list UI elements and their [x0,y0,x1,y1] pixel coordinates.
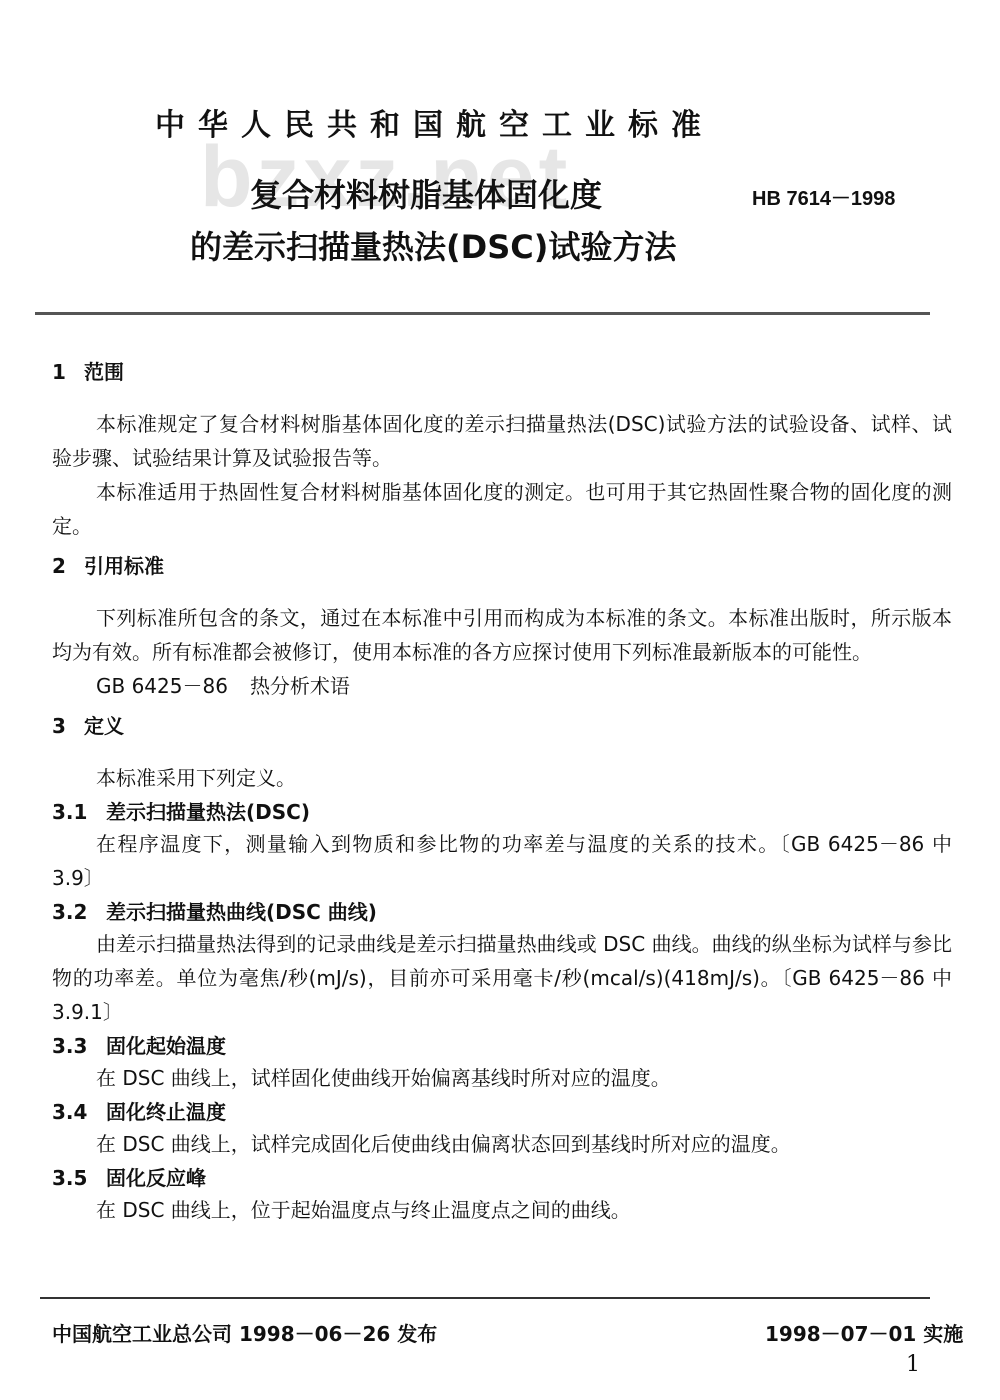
definition-text: 在 DSC 曲线上，位于起始温度点与终止温度点之间的曲线。 [52,1193,952,1227]
section-number: 3 [52,709,84,743]
section-number: 2 [52,549,84,583]
subsection-title: 差示扫描量热曲线(DSC 曲线) [106,900,377,924]
paragraph: 本标准采用下列定义。 [52,761,952,795]
definition-text: 在 DSC 曲线上，试样固化使曲线开始偏离基线时所对应的温度。 [52,1061,952,1095]
definition-text: 在程序温度下，测量输入到物质和参比物的功率差与温度的关系的技术。〔GB 6425… [52,827,952,895]
paragraph: 下列标准所包含的条文，通过在本标准中引用而构成为本标准的条文。本标准出版时，所示… [52,601,952,669]
section-number: 1 [52,355,84,389]
page-number: 1 [906,1352,920,1377]
subsection-number: 3.5 [52,1161,106,1195]
section-heading-scope: 1范围 [52,355,952,389]
subsection-title: 差示扫描量热法(DSC) [106,800,310,824]
subsection-number: 3.3 [52,1029,106,1063]
reference-item: GB 6425－86热分析术语 [52,669,952,703]
section-title: 引用标准 [84,554,164,578]
subsection-heading-3-5: 3.5固化反应峰 [52,1161,952,1193]
subsection-title: 固化起始温度 [106,1034,226,1058]
issue-info: 中国航空工业总公司 1998－06－26 发布 [52,1318,437,1347]
subsection-heading-3-3: 3.3固化起始温度 [52,1029,952,1061]
subsection-number: 3.2 [52,895,106,929]
footer-divider [40,1297,930,1299]
subsection-heading-3-2: 3.2差示扫描量热曲线(DSC 曲线) [52,895,952,927]
section-title: 定义 [84,714,124,738]
section-heading-definitions: 3定义 [52,709,952,743]
effective-date: 1998－07－01 实施 [765,1318,963,1347]
paragraph: 本标准规定了复合材料树脂基体固化度的差示扫描量热法(DSC)试验方法的试验设备、… [52,407,952,475]
subsection-number: 3.4 [52,1095,106,1129]
document-body: 1范围 本标准规定了复合材料树脂基体固化度的差示扫描量热法(DSC)试验方法的试… [52,355,952,1227]
reference-code: GB 6425－86 [96,669,228,703]
definition-text: 在 DSC 曲线上，试样完成固化后使曲线由偏离状态回到基线时所对应的温度。 [52,1127,952,1161]
section-title: 范围 [84,360,124,384]
standard-code: HB 7614－1998 [752,182,895,211]
paragraph: 本标准适用于热固性复合材料树脂基体固化度的测定。也可用于其它热固性聚合物的固化度… [52,475,952,543]
reference-name: 热分析术语 [250,674,350,698]
subsection-number: 3.1 [52,795,106,829]
header-divider [35,312,930,315]
subsection-heading-3-4: 3.4固化终止温度 [52,1095,952,1127]
definition-text: 由差示扫描量热法得到的记录曲线是差示扫描量热曲线或 DSC 曲线。曲线的纵坐标为… [52,927,952,1029]
subsection-title: 固化终止温度 [106,1100,226,1124]
section-heading-normative-references: 2引用标准 [52,549,952,583]
subsection-heading-3-1: 3.1差示扫描量热法(DSC) [52,795,952,827]
subsection-title: 固化反应峰 [106,1166,206,1190]
document-title-line2: 的差示扫描量热法(DSC)试验方法 [190,222,676,268]
document-title-line1: 复合材料树脂基体固化度 [250,170,602,216]
